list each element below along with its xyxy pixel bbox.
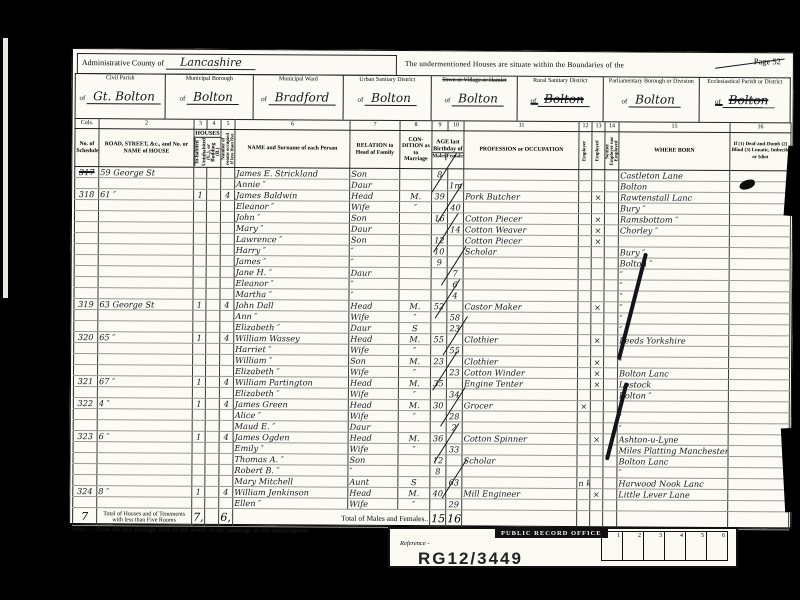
cell-ageF: 33	[446, 444, 462, 455]
cell-name: James ″	[234, 255, 349, 267]
column-number: 15	[619, 122, 730, 133]
cell-inh: 1	[193, 332, 206, 343]
cell-born	[617, 500, 728, 512]
cell-relation: Daur	[349, 322, 399, 333]
pro-number-box: 3	[643, 531, 665, 561]
cell-uninh	[207, 178, 221, 189]
cell-uninh	[206, 288, 220, 299]
cell-relation: Son	[350, 168, 400, 179]
cell-m14	[604, 258, 618, 269]
cell-m14	[603, 478, 617, 489]
cell-inh	[193, 277, 206, 288]
cell-name: Robert B. ″	[233, 464, 348, 476]
cell-relation: ″	[349, 289, 399, 300]
cell-occupation	[463, 257, 578, 269]
cell-relation: Son	[349, 212, 399, 223]
cell-name: Martha ″	[234, 288, 349, 300]
cell-m14	[604, 302, 618, 313]
header-age: AGE last Birthday of Males Females	[432, 131, 464, 169]
cell-uninh	[207, 200, 221, 211]
cell-occupation	[462, 466, 577, 478]
cell-infirm	[728, 391, 789, 402]
cell-uninh	[205, 497, 219, 508]
cell-schedule	[73, 475, 97, 486]
cell-schedule	[74, 354, 98, 365]
pro-number-box: 6	[706, 531, 728, 561]
cell-m13	[590, 401, 603, 412]
cell-relation: Wife	[348, 443, 398, 454]
cell-m12	[579, 181, 592, 192]
cell-name: Ann ″	[234, 310, 349, 322]
cell-ageF	[447, 235, 463, 246]
cell-infirm	[728, 457, 789, 468]
cell-m13: ×	[590, 368, 603, 379]
cell-m12	[577, 390, 590, 401]
cell-rooms	[221, 200, 235, 211]
cell-occupation	[462, 422, 577, 434]
cell-m12	[578, 236, 591, 247]
cell-name: Elizabeth ″	[233, 387, 348, 399]
cell-occupation	[463, 268, 578, 280]
cell-born: Castleton Lane	[619, 170, 730, 182]
cell-m13	[590, 390, 603, 401]
cell-road	[98, 244, 193, 256]
cell-m12	[578, 357, 591, 368]
cell-road: 61 ″	[99, 189, 194, 201]
cell-inh	[193, 244, 206, 255]
cell-road: 63 George St	[98, 299, 193, 311]
cell-m14	[603, 368, 617, 379]
cell-relation: Aunt	[348, 476, 398, 487]
header-condition: CON-DITION as to Marriage	[400, 131, 432, 169]
cell-occupation: Clothier	[463, 334, 578, 346]
cell-uninh	[206, 222, 220, 233]
cell-road	[97, 420, 192, 432]
cell-occupation: Cotton Piecer	[463, 213, 578, 225]
cell-name: William Partington	[233, 376, 348, 388]
column-number: Cols.	[75, 119, 99, 129]
cell-m12	[577, 423, 590, 434]
cell-cond: M.	[399, 301, 431, 312]
cell-born: Bolton ″	[618, 258, 729, 270]
district-value: of Bolton	[445, 91, 504, 107]
cell-m12	[579, 170, 592, 181]
cell-schedule	[74, 211, 98, 222]
cell-schedule: 321	[73, 376, 97, 387]
cell-name: Mary ″	[234, 222, 349, 234]
cell-uninh	[206, 310, 220, 321]
cell-infirm	[728, 380, 789, 391]
cell-m14	[604, 335, 618, 346]
cell-m14	[604, 324, 618, 335]
cell-relation: Head	[350, 190, 400, 201]
cell-uninh	[207, 167, 221, 178]
cell-m13: ×	[590, 379, 603, 390]
cell-occupation	[464, 169, 579, 181]
census-rows: 31759 George StJames E. StricklandSon8Ca…	[73, 167, 791, 512]
cell-m12	[577, 412, 590, 423]
cell-infirm	[728, 479, 789, 490]
cell-relation: Wife	[348, 366, 398, 377]
cell-born: ″	[618, 313, 729, 325]
totals-houses-label: Total of Houses and of Tenements with le…	[97, 508, 192, 527]
totals-males-value: 15	[430, 510, 446, 528]
cell-road: 6 ″	[97, 431, 192, 443]
cell-ageM: 36	[430, 433, 446, 444]
cell-schedule	[74, 277, 98, 288]
cell-ageM	[431, 290, 447, 301]
cell-inh	[193, 310, 206, 321]
cell-road: 4 ″	[97, 398, 192, 410]
cell-ageF	[447, 301, 463, 312]
cell-m12	[578, 269, 591, 280]
cell-inh	[192, 420, 205, 431]
cell-infirm	[728, 446, 789, 457]
pro-number-box: 4	[664, 531, 686, 561]
cell-relation: Son	[349, 355, 399, 366]
cell-born	[617, 401, 728, 413]
cell-m14	[603, 500, 617, 511]
cell-m13	[590, 412, 603, 423]
cell-cond: M.	[398, 378, 430, 389]
cell-m12	[578, 346, 591, 357]
cell-m12	[578, 302, 591, 313]
cell-schedule	[74, 255, 98, 266]
cell-relation: Wife	[349, 344, 399, 355]
district-cell: Civil Parishof Gt. Bolton	[76, 74, 166, 119]
column-number: 12	[579, 122, 592, 132]
cell-cond	[399, 268, 431, 279]
cell-road: 8 ″	[97, 486, 192, 498]
cell-cond	[399, 257, 431, 268]
cell-occupation	[463, 345, 578, 357]
pro-reference-label: Reference -	[400, 540, 430, 547]
cell-cond: M.	[400, 191, 432, 202]
cell-infirm	[730, 193, 791, 204]
pro-number-box: 5	[685, 531, 707, 561]
cell-occupation: Castor Maker	[463, 301, 578, 313]
totals-empty-1	[205, 508, 219, 526]
cell-rooms	[220, 233, 234, 244]
cell-cond: M.	[399, 356, 431, 367]
cell-road	[98, 222, 193, 234]
cell-ageM	[430, 422, 446, 433]
cell-m13	[591, 258, 604, 269]
cell-uninh	[206, 354, 220, 365]
cell-occupation: Pork Butcher	[464, 191, 579, 203]
district-value: of Bolton	[180, 90, 239, 106]
cell-ageM: 30	[430, 400, 446, 411]
cell-born: Leeds Yorkshire	[618, 335, 729, 347]
cell-cond	[398, 454, 430, 465]
pro-reference-number: RG12/3449	[418, 549, 523, 568]
cell-occupation	[464, 202, 579, 214]
cell-relation: Head	[348, 399, 398, 410]
cell-infirm	[729, 270, 790, 281]
cell-road: 59 George St	[99, 167, 194, 179]
cell-m14	[604, 346, 618, 357]
cell-born: Bolton	[619, 181, 730, 193]
column-number: 14	[605, 122, 619, 132]
cell-road	[97, 453, 192, 465]
cell-rooms	[220, 255, 234, 266]
cell-road	[98, 321, 193, 333]
header-rooms: Number of rooms occupied if less than fi…	[221, 129, 235, 167]
cell-schedule	[74, 343, 98, 354]
cell-born: Harwood Nook Lanc	[617, 478, 728, 490]
cell-cond: M.	[398, 487, 430, 498]
district-cell: Parliamentary Borough or Divisionof Bolt…	[604, 77, 700, 122]
cell-inh	[192, 365, 205, 376]
cell-uninh	[206, 277, 220, 288]
cell-born: Bury ″	[618, 203, 729, 215]
cell-cond	[400, 169, 432, 180]
cell-rooms	[220, 321, 234, 332]
cell-infirm	[729, 325, 790, 336]
cell-infirm	[728, 468, 789, 479]
cell-born: Ashton-u-Lyne	[617, 434, 728, 446]
cell-ageM: 39	[432, 191, 448, 202]
cell-schedule	[74, 288, 98, 299]
cell-occupation	[462, 411, 577, 423]
cell-rooms	[219, 442, 233, 453]
cell-uninh	[206, 332, 220, 343]
cell-inh: 1	[192, 486, 205, 497]
cell-infirm	[730, 171, 791, 182]
column-number: 13	[592, 122, 605, 132]
cell-relation: Wife	[349, 311, 399, 322]
cell-uninh	[206, 211, 220, 222]
cell-inh	[193, 233, 206, 244]
cell-m12	[578, 203, 591, 214]
cell-cond: ″	[398, 410, 430, 421]
cell-born: Miles Platting Manchester	[617, 445, 728, 457]
cell-rooms: 4	[219, 431, 233, 442]
cell-m14	[604, 357, 618, 368]
district-label: Ecclesiastical Parish or District	[707, 79, 782, 93]
cell-rooms	[219, 475, 233, 486]
cell-rooms	[219, 464, 233, 475]
cell-road	[98, 354, 193, 366]
cell-inh	[193, 354, 206, 365]
cell-infirm	[729, 259, 790, 270]
cell-inh: 1	[192, 398, 205, 409]
district-label: Municipal Borough	[186, 76, 233, 90]
cell-uninh	[205, 376, 219, 387]
cell-born: ″	[618, 324, 729, 336]
column-headers-row: No. of Schedule ROAD, STREET, &c., and N…	[75, 129, 791, 171]
district-cell: Town or Village or Hamletof Bolton	[432, 76, 518, 121]
cell-born: Lostock	[617, 379, 728, 391]
cell-occupation: Cotton Spinner	[462, 433, 577, 445]
cell-m14	[604, 236, 618, 247]
cell-name: William Jenkinson	[233, 486, 348, 498]
cell-m14	[604, 291, 618, 302]
cell-relation: Son	[349, 234, 399, 245]
district-cell: Municipal Boroughof Bolton	[166, 75, 254, 120]
totals-rooms-value: 6,	[219, 508, 233, 526]
cell-relation: ″	[349, 256, 399, 267]
cell-m14	[604, 247, 618, 258]
cell-infirm	[728, 435, 789, 446]
district-label: Town or Village or Hamlet	[442, 77, 507, 91]
column-number: 10	[448, 121, 464, 131]
cell-inh	[192, 475, 205, 486]
pro-number-box: 2	[622, 531, 644, 561]
cell-road	[98, 277, 193, 289]
cell-uninh	[206, 299, 220, 310]
cell-road	[97, 464, 192, 476]
cell-born: ″	[617, 467, 728, 479]
cell-m12	[577, 500, 590, 511]
header-uninhabited: Uninhabited (U.), or Building (B.)	[202, 138, 220, 166]
cell-relation: ″	[349, 278, 399, 289]
cell-m14	[603, 390, 617, 401]
cell-rooms: 4	[219, 376, 233, 387]
cell-infirm	[729, 358, 790, 369]
cell-rooms: 4	[221, 189, 235, 200]
cell-m14	[605, 181, 619, 192]
cell-uninh	[205, 398, 219, 409]
cell-occupation: Engine Tenter	[462, 378, 577, 390]
cell-name: John ″	[234, 211, 349, 223]
cell-born: ″	[617, 423, 728, 435]
cell-schedule	[75, 200, 99, 211]
cell-m12: ×	[577, 401, 590, 412]
cell-infirm	[729, 336, 790, 347]
cell-relation: Daur	[349, 223, 399, 234]
cell-m12	[578, 280, 591, 291]
cell-rooms: 4	[220, 332, 234, 343]
cell-uninh	[206, 343, 220, 354]
cell-name: James Green	[233, 398, 348, 410]
header-infirmities: If (1) Deaf-and-Dumb (2) Blind (3) Lunat…	[730, 133, 791, 171]
cell-m13	[591, 269, 604, 280]
cell-schedule	[74, 321, 98, 332]
cell-rooms	[219, 409, 233, 420]
cell-road	[98, 343, 193, 355]
header-houses: HOUSES In-habited Uninhabited (U.), or B…	[194, 129, 221, 167]
header-occupation: PROFESSION or OCCUPATION	[464, 131, 579, 170]
cell-m12	[577, 467, 590, 478]
column-number: 9	[432, 121, 448, 131]
cell-m13	[592, 170, 605, 181]
district-cell: Ecclesiastical Parish or Districtof Bolt…	[700, 78, 790, 123]
cell-occupation: Cotton Winder	[462, 367, 577, 379]
cell-inh	[194, 200, 207, 211]
cell-cond	[398, 421, 430, 432]
cell-m12	[577, 379, 590, 390]
cell-ageM	[430, 499, 446, 510]
cell-rooms	[220, 310, 234, 321]
cell-schedule: 322	[73, 398, 97, 409]
cell-m14	[604, 203, 618, 214]
cell-schedule: 323	[73, 431, 97, 442]
totals-schedule: 7	[73, 508, 97, 526]
cell-road	[98, 266, 193, 278]
cell-born: Bury ″	[618, 247, 729, 259]
cell-road	[98, 211, 193, 223]
cell-inh	[193, 222, 206, 233]
cell-inh: 1	[192, 376, 205, 387]
cell-inh	[193, 343, 206, 354]
cell-road	[97, 442, 192, 454]
cell-cond	[400, 180, 432, 191]
cell-born: ″	[618, 357, 729, 369]
cell-m13	[591, 203, 604, 214]
cell-m13	[591, 324, 604, 335]
cell-relation: ″	[348, 465, 398, 476]
cell-rooms: 4	[219, 486, 233, 497]
header-relation: RELATION to Head of Family	[350, 130, 400, 168]
cell-road: 65 ″	[98, 332, 193, 344]
cell-uninh	[205, 431, 219, 442]
cell-cond: M.	[398, 432, 430, 443]
district-cell: Municipal Wardof Bradford	[254, 75, 344, 120]
cell-uninh	[205, 453, 219, 464]
cell-m12	[577, 456, 590, 467]
cell-m12	[578, 258, 591, 269]
cell-name: Elizabeth ″	[233, 365, 348, 377]
cell-m13	[591, 291, 604, 302]
header-neither: Neither Employer nor Employed	[605, 132, 619, 170]
cell-m13: ×	[591, 214, 604, 225]
cell-cond	[398, 465, 430, 476]
cell-born: ″	[617, 412, 728, 424]
totals-males-females-label: Total of Males and Females..	[233, 508, 430, 527]
cell-occupation	[462, 389, 577, 401]
cell-name: Emily ″	[233, 442, 348, 454]
cell-born: Rawtenstall Lanc	[619, 192, 730, 204]
cell-uninh	[206, 321, 220, 332]
cell-schedule	[75, 178, 99, 189]
cell-occupation: Grocer	[462, 400, 577, 412]
cell-name: Lawrence ″	[234, 233, 349, 245]
cell-m13: ×	[591, 335, 604, 346]
cell-uninh	[205, 409, 219, 420]
cell-occupation	[462, 444, 577, 456]
cell-uninh	[206, 255, 220, 266]
cell-rooms	[219, 420, 233, 431]
cell-m12	[578, 313, 591, 324]
census-scan-page: Administrative County of Lancashire The …	[69, 48, 794, 528]
cell-road	[98, 310, 193, 322]
page-header: Administrative County of Lancashire The …	[75, 51, 791, 77]
column-number: 5	[221, 119, 235, 129]
cell-m14	[604, 214, 618, 225]
header-employer-label: Employer	[583, 134, 588, 168]
cell-infirm	[728, 369, 789, 380]
cell-m13	[590, 456, 603, 467]
cell-ageF	[446, 378, 462, 389]
cell-m12	[578, 247, 591, 258]
cell-schedule	[73, 464, 97, 475]
cell-occupation: Scholar	[462, 455, 577, 467]
district-label: Municipal Ward	[279, 76, 318, 90]
district-header-row: Civil Parishof Gt. BoltonMunicipal Borou…	[75, 73, 791, 122]
cell-name: Annie ″	[235, 178, 350, 190]
cell-infirm	[729, 281, 790, 292]
cell-ageM	[430, 477, 446, 488]
cell-inh	[193, 266, 206, 277]
cell-relation: Daur	[349, 267, 399, 278]
cell-born: Bolton Lanc	[617, 456, 728, 468]
cell-uninh	[205, 486, 219, 497]
cell-schedule	[74, 233, 98, 244]
cell-schedule: 318	[75, 189, 99, 200]
cell-ageM: 8	[430, 466, 446, 477]
cell-name: Alice ″	[233, 409, 348, 421]
